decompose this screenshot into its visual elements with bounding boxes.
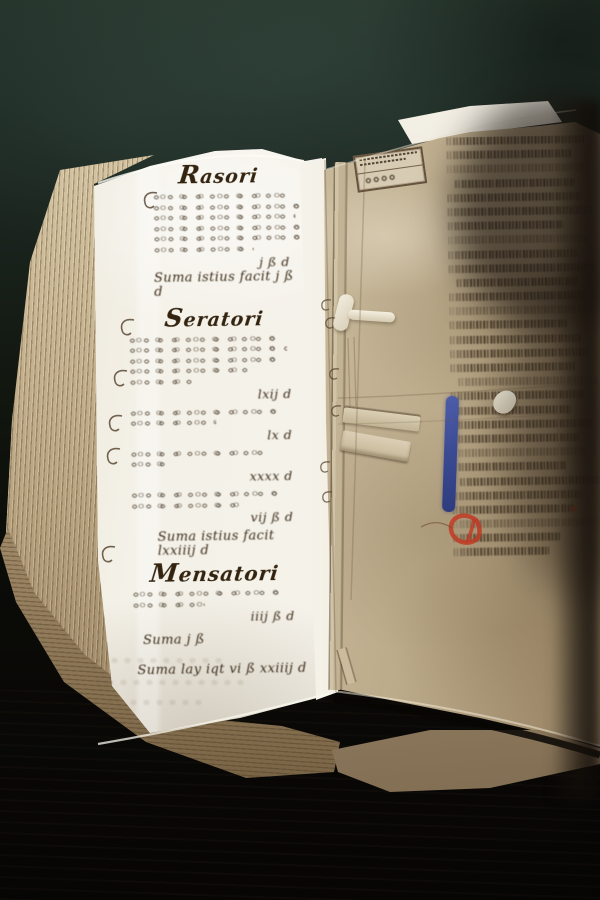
photo-vignette xyxy=(0,0,600,900)
display-case-photo: Rasori j ß d Suma istius facit j ß d Ser… xyxy=(0,0,600,900)
